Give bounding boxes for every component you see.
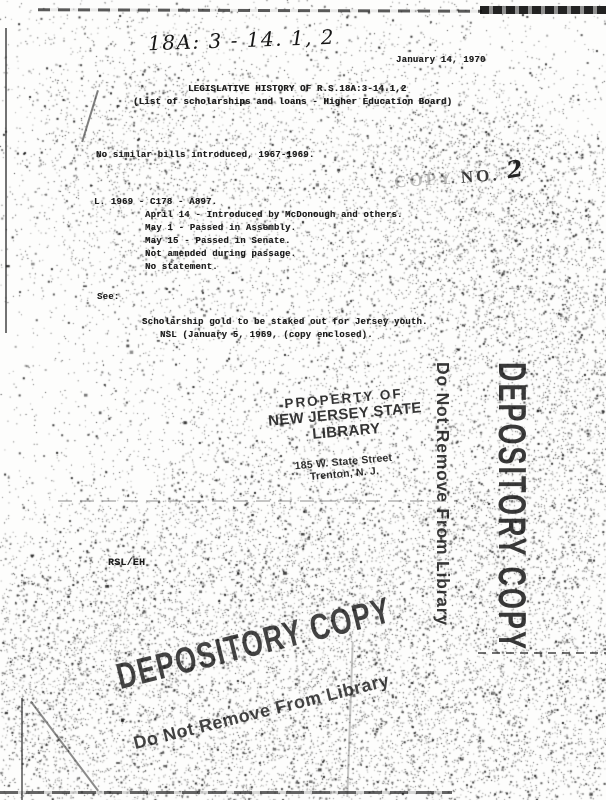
history-line: Not amended during passage. xyxy=(145,248,403,261)
note-no-similar-bills: No similar bills introduced, 1967-1969. xyxy=(96,150,314,160)
document-date: January 14, 1970 xyxy=(396,55,486,65)
handwritten-statute-number: 18A: 3 - 14. 1, 2 xyxy=(148,25,336,56)
copy-number-stamp-number: 2 xyxy=(504,155,524,184)
copy-number-stamp-word: COPY xyxy=(394,168,455,191)
copy-number-stamp-no-label: NO. xyxy=(460,165,500,187)
see-label: See: xyxy=(97,292,119,302)
scan-artifact-bottom-left-line xyxy=(21,698,23,800)
depository-stamp-vertical: DEPOSITORY COPY Do Not Remove From Libra… xyxy=(396,362,570,654)
legislative-history-list: April 14 - Introduced by McDonough and o… xyxy=(145,209,403,274)
scan-artifact-scratch-top-left xyxy=(81,90,99,142)
depository-stamp-vertical-line-1: DEPOSITORY COPY xyxy=(480,362,544,654)
reference-headline: Scholarship gold to be staked out for Je… xyxy=(142,317,428,327)
reference-citation: NSL (January 5, 1969, (copy enclosed). xyxy=(160,330,373,340)
title-line-2: (List of scholarships and loans - Higher… xyxy=(133,97,452,107)
law-citation: L. 1969 - C178 - A897. xyxy=(94,197,217,207)
scan-artifact-bottom-edge-line xyxy=(0,791,452,794)
scanned-document-page: 18A: 3 - 14. 1, 2 January 14, 1970 LEGIS… xyxy=(0,0,606,800)
scan-artifact-bottom-left-scratch xyxy=(30,701,99,792)
title-line-1: LEGISLATIVE HISTORY OF R.S.18A:3-14.1,2 xyxy=(188,84,406,94)
copy-number-stamp: COPY NO. 2 xyxy=(393,158,523,194)
history-line: No statement. xyxy=(145,261,403,274)
history-line: May 1 - Passed in Assembly. xyxy=(145,222,403,235)
history-line: May 15 - Passed in Senate. xyxy=(145,235,403,248)
address-stamp: 185 W. State Street Trenton, N. J. xyxy=(287,451,401,485)
history-line: April 14 - Introduced by McDonough and o… xyxy=(145,209,403,222)
depository-stamp-vertical-line-2: Do Not Remove From Library xyxy=(432,362,454,654)
scan-artifact-top-right-bar xyxy=(480,6,606,14)
scan-artifact-left-edge-line xyxy=(5,28,7,333)
typist-initials: RSL/EH xyxy=(108,558,145,569)
scan-artifact-top-edge-line xyxy=(38,8,482,13)
